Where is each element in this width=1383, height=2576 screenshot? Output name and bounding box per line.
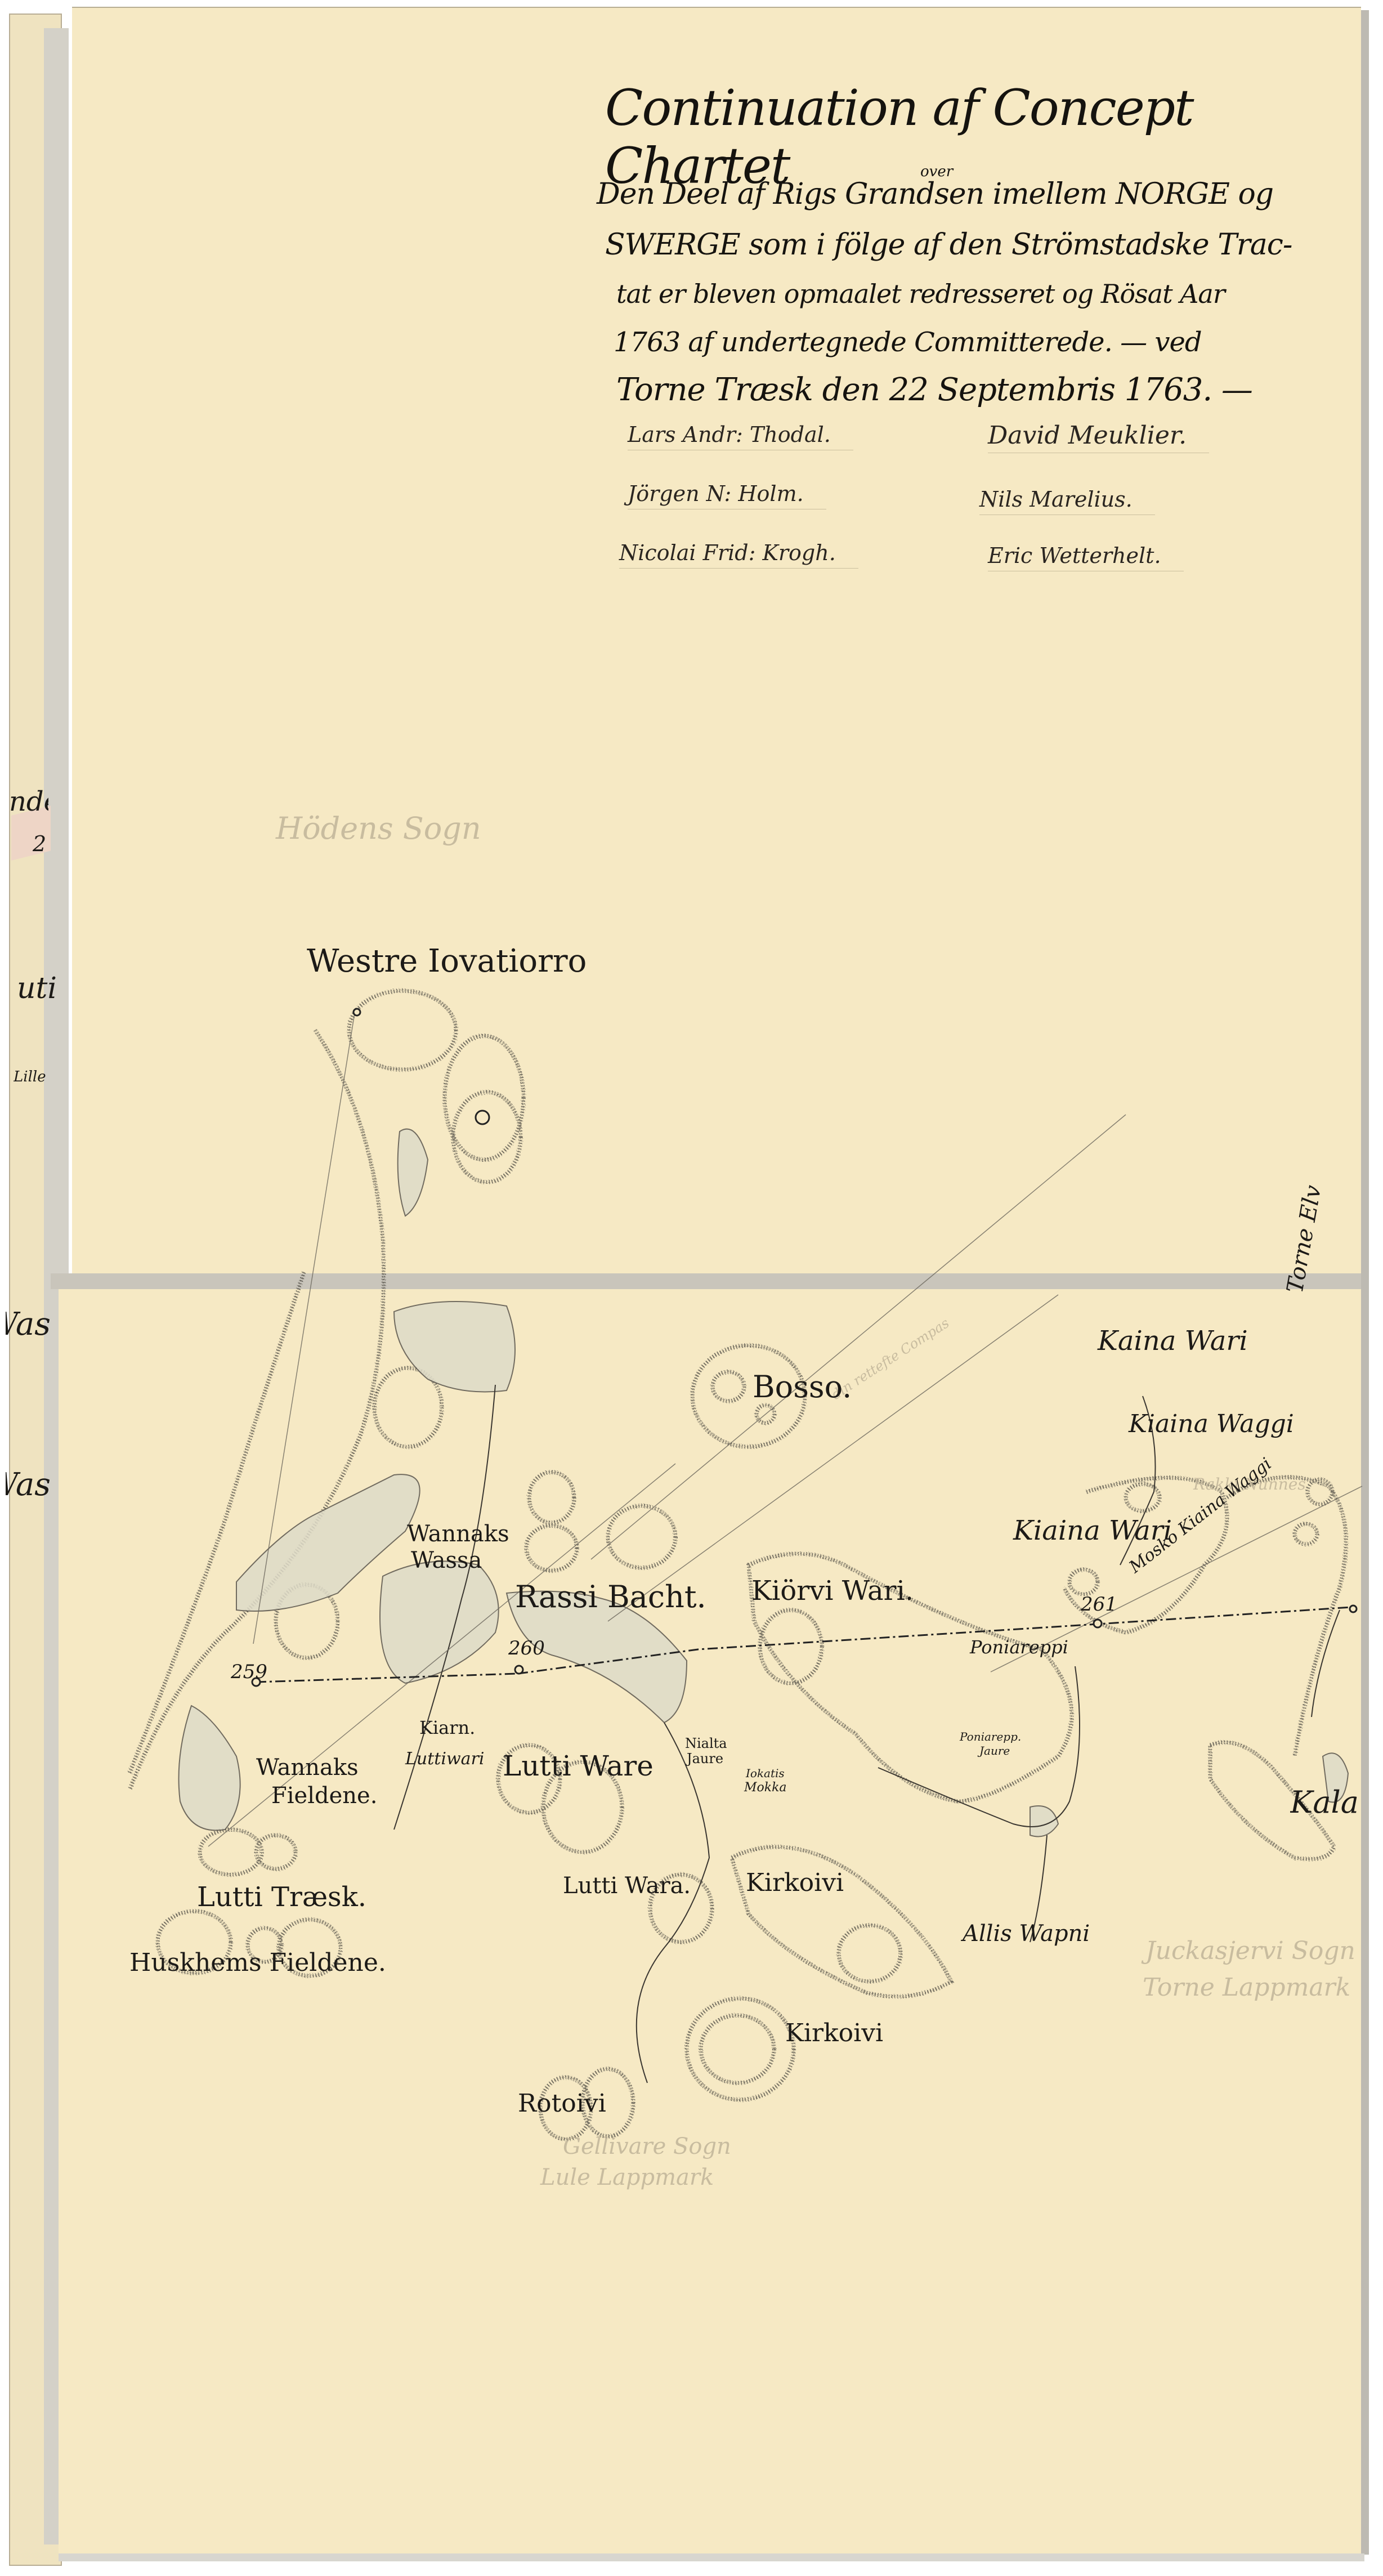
signature-holm: Jörgen N: Holm. — [628, 481, 804, 506]
pencil-note-hoden-sogn: Hödens Sogn — [276, 811, 481, 846]
place-wannaks-2: Wannaks — [256, 1756, 359, 1779]
place-poniarepp-jaure: Jaure — [979, 1745, 1010, 1756]
pencil-note-juckasjervi-1: Juckasjervi Sogn — [1145, 1937, 1355, 1965]
place-wannaks-1: Wannaks — [407, 1523, 509, 1545]
place-iokatis-mokka: Mokka — [744, 1782, 787, 1794]
boundary-number-259: 259 — [231, 1661, 267, 1683]
boundary-number-261: 261 — [1081, 1593, 1117, 1616]
boundary-marker-261-icon — [1094, 1620, 1102, 1627]
place-lutti-ware: Lutti Ware — [503, 1752, 654, 1780]
place-wassa: Wassa — [411, 1549, 482, 1572]
title-line-7: Torne Træsk den 22 Septembris 1763. — — [616, 372, 1252, 408]
summit-marker-icon — [353, 1009, 360, 1016]
title-line-5: tat er bleven opmaalet redresseret og Rö… — [616, 279, 1225, 309]
signature-marelius: Nils Marelius. — [979, 487, 1133, 512]
place-luttiwari: Luttiwari — [405, 1751, 484, 1768]
title-block: Continuation af Concept Chartet over Den… — [605, 79, 1241, 195]
place-kiaina-wari: Kiaina Wari — [1013, 1517, 1172, 1544]
signature-thodal: Lars Andr: Thodal. — [628, 422, 831, 447]
place-kalan: Kalan. — [1290, 1787, 1360, 1818]
place-lutti-trask: Lutti Træsk. — [197, 1884, 366, 1911]
pencil-note-gellivare-2: Lule Lappmark — [540, 2164, 714, 2190]
signature-wetterhelt: Eric Wetterhelt. — [988, 543, 1161, 568]
place-poniareppi: Poniareppi — [970, 1638, 1068, 1656]
place-nialta: Nialta — [685, 1737, 727, 1750]
place-huskhems-fieldene: Huskhems Fieldene. — [129, 1951, 386, 1975]
title-line-6: 1763 af undertegnede Committerede. — ved — [614, 327, 1202, 358]
title-line-3: Den Deel af Rigs Grandsen imellem NORGE … — [597, 177, 1273, 211]
place-kiorvi-wari: Kiörvi Wari. — [751, 1577, 914, 1604]
title-line-4: SWERGE som i fölge af den Strömstadske T… — [605, 228, 1292, 262]
boundary-marker-east-icon — [1350, 1605, 1357, 1612]
place-bosso: Bosso. — [753, 1372, 852, 1402]
place-kiarn: Kiarn. — [419, 1719, 475, 1737]
pencil-note-juckasjervi-2: Torne Lappmark — [1143, 1973, 1350, 2002]
place-kiaina-waggi-top: Kiaina Waggi — [1129, 1412, 1294, 1437]
place-kirkoivi-2: Kirkoivi — [785, 2021, 883, 2046]
place-kaina-wari: Kaina Wari — [1098, 1327, 1248, 1354]
boundary-marker-260-icon — [515, 1666, 523, 1674]
place-lutti-wara: Lutti Wara. — [563, 1875, 691, 1897]
signature-krogh: Nicolai Frid: Krogh. — [619, 540, 836, 565]
place-fieldene: Fieldene. — [271, 1785, 377, 1807]
place-poniarepp-1: Poniarepp. — [960, 1731, 1021, 1742]
place-kirkoivi-1: Kirkoivi — [746, 1871, 844, 1895]
pencil-note-gellivare-1: Gellivare Sogn — [563, 2134, 731, 2159]
place-rotoivi: Rotoivi — [518, 2091, 606, 2116]
place-nialta-jaure: Jaure — [687, 1752, 723, 1765]
signature-meuklier: David Meuklier. — [988, 421, 1187, 450]
place-rassi-bacht: Rassi Bacht. — [515, 1582, 706, 1612]
place-westre-iovatiorro: Westre Iovatiorro — [307, 946, 587, 977]
place-iokatis: Iokatis — [746, 1768, 785, 1779]
place-allis-wapni: Allis Wapni — [963, 1922, 1090, 1945]
boundary-number-260: 260 — [508, 1637, 545, 1660]
